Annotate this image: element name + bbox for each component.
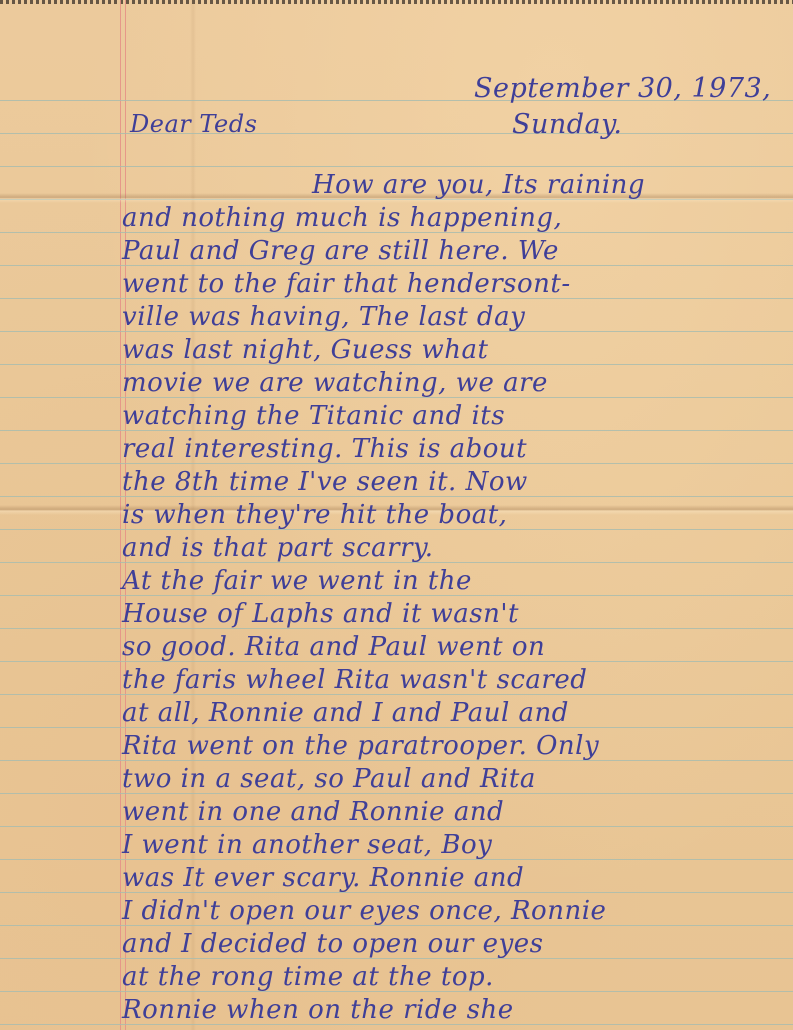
body-line: movie we are watching, we are [122, 367, 645, 400]
body-line: Ronnie when on the ride she [122, 994, 645, 1027]
body-line: I didn't open our eyes once, Ronnie [122, 895, 645, 928]
letter-weekday: Sunday. [512, 108, 622, 141]
body-line: Paul and Greg are still here. We [122, 235, 645, 268]
body-line: went in one and Ronnie and [122, 796, 645, 829]
body-line: so good. Rita and Paul went on [122, 631, 645, 664]
body-line: real interesting. This is about [122, 433, 645, 466]
body-line: at the rong time at the top. [122, 961, 645, 994]
margin-line-left [120, 0, 121, 1030]
letter-page: September 30, 1973, Sunday. Dear Teds Ho… [0, 0, 793, 1030]
ruled-line [0, 133, 793, 134]
body-line: Rita went on the paratrooper. Only [122, 730, 645, 763]
body-line: How are you, Its raining [122, 169, 645, 202]
ruled-line [0, 166, 793, 167]
body-line: House of Laphs and it wasn't [122, 598, 645, 631]
body-line: and nothing much is happening, [122, 202, 645, 235]
perforated-top-edge [0, 0, 793, 4]
body-line: and is that part scarry. [122, 532, 645, 565]
body-line: was last night, Guess what [122, 334, 645, 367]
body-line: was It ever scary. Ronnie and [122, 862, 645, 895]
body-line: the faris wheel Rita wasn't scared [122, 664, 645, 697]
body-line: watching the Titanic and its [122, 400, 645, 433]
body-line: and I decided to open our eyes [122, 928, 645, 961]
body-line: the 8th time I've seen it. Now [122, 466, 645, 499]
body-line: two in a seat, so Paul and Rita [122, 763, 645, 796]
body-line: went to the fair that hendersont- [122, 268, 645, 301]
letter-salutation: Dear Teds [130, 108, 257, 141]
body-line: ville was having, The last day [122, 301, 645, 334]
letter-body: How are you, Its raining and nothing muc… [122, 169, 645, 1027]
letter-date: September 30, 1973, [474, 72, 771, 105]
body-line: I went in another seat, Boy [122, 829, 645, 862]
body-line: at all, Ronnie and I and Paul and [122, 697, 645, 730]
body-line: At the fair we went in the [122, 565, 645, 598]
body-line: is when they're hit the boat, [122, 499, 645, 532]
